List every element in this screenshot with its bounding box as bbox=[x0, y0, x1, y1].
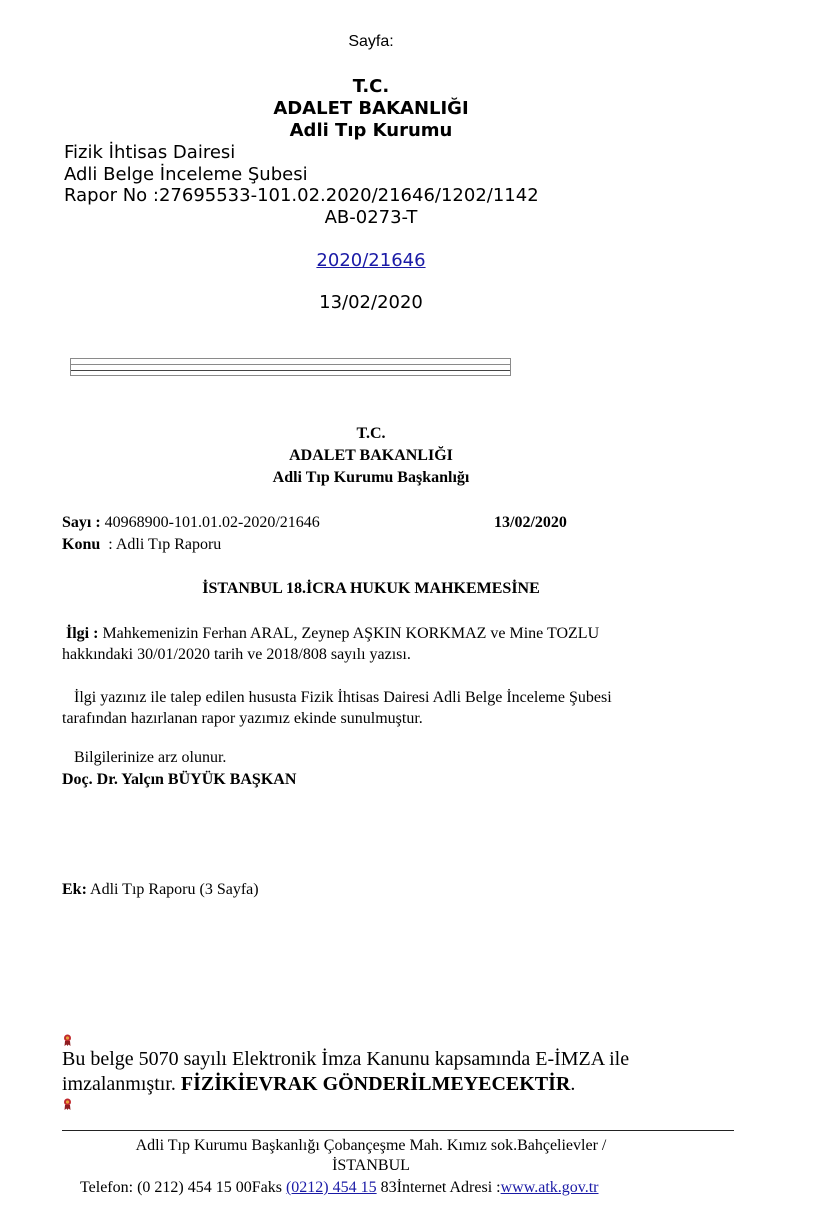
esignature-suffix: . bbox=[570, 1073, 575, 1095]
esignature-line-2: imzalanmıştır. FİZİKİEVRAK GÖNDERİLMEYEC… bbox=[62, 1073, 575, 1096]
body-line-1: İlgi yazınız ile talep edilen hususta Fi… bbox=[74, 689, 612, 707]
attachment: Ek: Adli Tıp Raporu (3 Sayfa) bbox=[62, 881, 259, 899]
recipient: İSTANBUL 18.İCRA HUKUK MAHKEMESİNE bbox=[0, 580, 742, 598]
file-number-link[interactable]: 2020/21646 bbox=[316, 250, 425, 271]
ribbon-seal-icon bbox=[63, 1034, 72, 1046]
separator-line bbox=[71, 364, 510, 365]
footer-address-2: İSTANBUL bbox=[0, 1157, 742, 1175]
letter-tc: T.C. bbox=[0, 425, 742, 443]
closing: Bilgilerinize arz olunur. bbox=[74, 749, 226, 767]
report-code: AB-0273-T bbox=[0, 207, 742, 228]
file-reference: 2020/21646 bbox=[0, 250, 742, 271]
letter-number: Sayı : 40968900-101.01.02-2020/21646 bbox=[62, 514, 320, 532]
phone-text: Telefon: (0 212) 454 15 00Faks bbox=[80, 1179, 286, 1196]
reference-line-2: hakkındaki 30/01/2020 tarih ve 2018/808 … bbox=[62, 646, 411, 664]
ribbon-seal-icon bbox=[63, 1098, 72, 1110]
signer: Doç. Dr. Yalçın BÜYÜK BAŞKAN bbox=[62, 771, 296, 789]
header-tc: T.C. bbox=[0, 76, 742, 97]
fax-link[interactable]: (0212) 454 15 bbox=[286, 1179, 377, 1196]
esignature-prefix: imzalanmıştır. bbox=[62, 1073, 181, 1095]
header-ministry: ADALET BAKANLIĞI bbox=[0, 98, 742, 119]
letter-subject: Konu : Adli Tıp Raporu bbox=[62, 536, 221, 554]
branch: Adli Belge İnceleme Şubesi bbox=[64, 164, 308, 185]
konu-value: : Adli Tıp Raporu bbox=[100, 536, 221, 553]
sayi-label: Sayı : bbox=[62, 514, 101, 531]
page-label: Sayfa: bbox=[0, 33, 742, 51]
letter-ministry: ADALET BAKANLIĞI bbox=[0, 447, 742, 465]
sayi-value: 40968900-101.01.02-2020/21646 bbox=[105, 514, 320, 531]
department: Fizik İhtisas Dairesi bbox=[64, 142, 235, 163]
body-line-2: tarafından hazırlanan rapor yazımız ekin… bbox=[62, 710, 423, 728]
ek-label: Ek: bbox=[62, 881, 87, 898]
letter-date: 13/02/2020 bbox=[494, 514, 567, 532]
report-number: Rapor No :27695533-101.02.2020/21646/120… bbox=[64, 185, 539, 206]
separator-line bbox=[71, 370, 510, 371]
esignature-line-1: Bu belge 5070 sayılı Elektronik İmza Kan… bbox=[62, 1048, 629, 1071]
website-link[interactable]: www.atk.gov.tr bbox=[501, 1179, 599, 1196]
footer-contact: Telefon: (0 212) 454 15 00Faks (0212) 45… bbox=[80, 1179, 599, 1197]
ilgi-text: Mahkemenizin Ferhan ARAL, Zeynep AŞKIN K… bbox=[98, 625, 599, 642]
ilgi-label: İlgi : bbox=[66, 625, 98, 642]
footer-address-1: Adli Tıp Kurumu Başkanlığı Çobançeşme Ma… bbox=[0, 1137, 742, 1155]
header-institution: Adli Tıp Kurumu bbox=[0, 120, 742, 141]
fax-suffix: 83İnternet Adresi : bbox=[377, 1179, 501, 1196]
reference-line-1: İlgi : Mahkemenizin Ferhan ARAL, Zeynep … bbox=[66, 625, 599, 643]
ek-value: Adli Tıp Raporu (3 Sayfa) bbox=[87, 881, 259, 898]
letter-institution: Adli Tıp Kurumu Başkanlığı bbox=[0, 469, 742, 487]
konu-label: Konu bbox=[62, 536, 100, 553]
esignature-notice: FİZİKİEVRAK GÖNDERİLMEYECEKTİR bbox=[181, 1073, 571, 1095]
header-date: 13/02/2020 bbox=[0, 292, 742, 313]
separator-box bbox=[70, 358, 511, 376]
footer-divider bbox=[62, 1130, 734, 1131]
